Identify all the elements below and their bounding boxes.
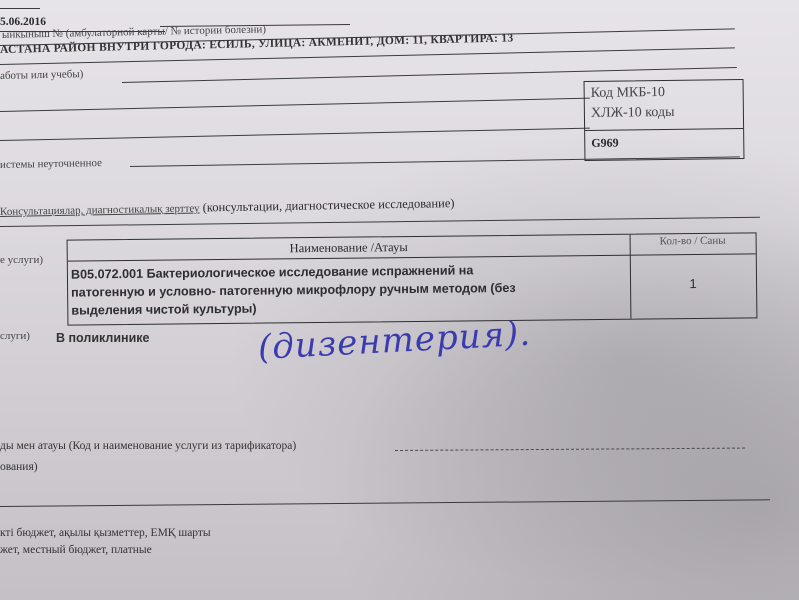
services-title-ru: (консультации, диагностическое исследова… — [203, 196, 455, 214]
diagnosis-line — [0, 98, 590, 112]
column-header-qty: Кол-во / Саны — [630, 234, 756, 247]
icd-header-1: Код МКБ-10 — [591, 85, 666, 102]
rule — [0, 8, 40, 9]
date-value: 5.06.2016 — [0, 16, 46, 28]
rule — [0, 217, 760, 227]
icd-header-2: ХЛЖ-10 коды — [591, 105, 675, 122]
services-row-label: е услуги) — [0, 254, 43, 266]
table-row: B05.072.001 Бактериологическое исследова… — [71, 261, 516, 320]
service-name-line-3: выделения чистой культуры) — [71, 297, 516, 320]
place-value: В поликлинике — [56, 331, 149, 345]
icd-box: Код МКБ-10 ХЛЖ-10 коды G969 — [584, 79, 745, 161]
services-table: Наименование /Атауы Кол-во / Саны B05.07… — [67, 232, 758, 325]
funding-ru: жет, местный бюджет, платные — [0, 544, 152, 556]
diagnosis-line — [0, 128, 590, 141]
rule — [0, 499, 770, 507]
work-label: аботы или учебы) — [0, 68, 83, 82]
service-code-label-2: ования) — [0, 461, 38, 473]
services-title-kz: Консультациялар, диагностикалық зерттеу — [0, 203, 200, 218]
diagnosis-label: истемы неуточненное — [0, 157, 102, 171]
service-qty: 1 — [630, 275, 756, 291]
place-label: слуги) — [0, 330, 30, 342]
services-title: Консультациялар, диагностикалық зерттеу … — [0, 196, 455, 219]
funding-kz: кті бюджет, ақылы қызметтер, ЕМҚ шарты — [0, 527, 211, 539]
service-code-underline — [395, 448, 745, 451]
service-code-label: ды мен атауы (Код и наименование услуги … — [0, 440, 296, 452]
diagnosis-underline — [130, 156, 740, 167]
icd-code: G969 — [591, 136, 619, 151]
